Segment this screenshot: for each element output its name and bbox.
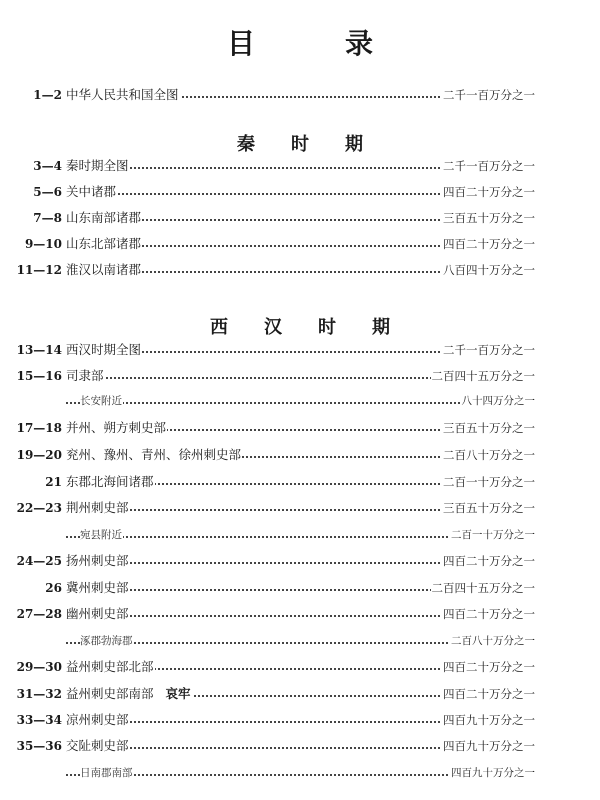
map-title: 中华人民共和国全图 <box>66 85 180 105</box>
map-title-text: 益州刺史部北部 <box>66 659 154 674</box>
map-title-text: 涿郡勃海郡 <box>80 635 133 647</box>
map-scale: 八十四万分之一 <box>461 391 536 411</box>
page-range: 19—20 <box>17 445 62 465</box>
map-scale: 四百九十万分之一 <box>442 710 535 730</box>
map-title-text: 秦时期全图 <box>66 158 129 173</box>
map-title: 淮汉以南诸郡 <box>66 260 142 280</box>
page-range: 15—16 <box>17 366 62 386</box>
map-scale: 八百四十万分之一 <box>442 260 535 280</box>
map-title: 西汉时期全图 <box>66 340 142 360</box>
page-range: 21 <box>45 472 62 492</box>
toc-entry[interactable]: 11—12淮汉以南诸郡八百四十万分之一 <box>0 260 600 280</box>
map-scale: 三百五十万分之一 <box>442 498 535 518</box>
map-scale: 二百八十万分之一 <box>442 445 535 465</box>
map-title: 司隶部 <box>66 366 105 386</box>
map-title-text: 司隶部 <box>66 368 104 383</box>
map-title-text: 东郡北海间诸郡 <box>66 474 154 489</box>
toc-subentry[interactable]: 涿郡勃海郡二百八十万分之一 <box>0 631 600 651</box>
map-title: 益州刺史部南部哀牢 <box>66 684 192 704</box>
page-range: 26 <box>45 578 62 598</box>
map-scale: 二百四十五万分之一 <box>431 366 536 386</box>
map-title-text: 益州刺史部南部 <box>66 686 154 701</box>
page-range: 5—6 <box>33 182 62 202</box>
map-scale: 四百二十万分之一 <box>442 551 535 571</box>
map-title: 交阯刺史部 <box>66 736 130 756</box>
map-title: 冀州刺史部 <box>66 578 130 598</box>
page-title-char: 目 <box>227 22 255 62</box>
map-scale: 二千一百万分之一 <box>442 85 535 105</box>
map-title: 涿郡勃海郡 <box>80 631 134 651</box>
map-scale: 四百二十万分之一 <box>442 657 535 677</box>
toc-entry[interactable]: 15—16司隶部二百四十五万分之一 <box>0 366 600 386</box>
map-title-text: 凉州刺史部 <box>66 712 129 727</box>
map-title: 日南郡南部 <box>80 763 134 783</box>
page-range: 1—2 <box>33 85 62 105</box>
toc-entry[interactable]: 22—23荆州刺史部三百五十万分之一 <box>0 498 600 518</box>
map-title-text: 荆州刺史部 <box>66 500 129 515</box>
page-range: 7—8 <box>33 208 62 228</box>
map-scale: 三百五十万分之一 <box>442 418 535 438</box>
page-range: 35—36 <box>17 736 62 756</box>
map-title: 秦时期全图 <box>66 156 130 176</box>
map-scale: 四百二十万分之一 <box>442 182 535 202</box>
toc-subentry[interactable]: 宛县附近二百一十万分之一 <box>0 525 600 545</box>
toc-entry[interactable]: 9—10山东北部诸郡四百二十万分之一 <box>0 234 600 254</box>
toc-entry[interactable]: 21东郡北海间诸郡二百一十万分之一 <box>0 472 600 492</box>
map-title-text: 关中诸郡 <box>66 184 116 199</box>
page-range: 3—4 <box>33 156 62 176</box>
map-scale: 四百二十万分之一 <box>442 234 535 254</box>
toc-entry[interactable]: 13—14西汉时期全图二千一百万分之一 <box>0 340 600 360</box>
map-title: 关中诸郡 <box>66 182 117 202</box>
page-range: 33—34 <box>17 710 62 730</box>
map-scale: 二百一十万分之一 <box>442 472 535 492</box>
toc-subentry[interactable]: 长安附近八十四万分之一 <box>0 391 600 411</box>
map-title: 荆州刺史部 <box>66 498 130 518</box>
map-title: 并州、朔方刺史部 <box>66 418 167 438</box>
section-heading-char: 汉 <box>264 313 282 339</box>
page-range: 13—14 <box>17 340 62 360</box>
map-title-text: 长安附近 <box>80 395 122 407</box>
toc-entry[interactable]: 3—4秦时期全图二千一百万分之一 <box>0 156 600 176</box>
toc-entry[interactable]: 29—30益州刺史部北部四百二十万分之一 <box>0 657 600 677</box>
toc-entry[interactable]: 7—8山东南部诸郡三百五十万分之一 <box>0 208 600 228</box>
map-scale: 二百一十万分之一 <box>450 525 535 545</box>
map-title-text: 淮汉以南诸郡 <box>66 262 141 277</box>
section-heading-char: 时 <box>291 130 309 156</box>
section-heading-char: 期 <box>345 130 363 156</box>
map-title-text: 西汉时期全图 <box>66 342 141 357</box>
map-title-text: 山东南部诸郡 <box>66 210 141 225</box>
map-scale: 三百五十万分之一 <box>442 208 535 228</box>
section-heading-char: 西 <box>210 313 228 339</box>
map-title: 山东北部诸郡 <box>66 234 142 254</box>
toc-entry[interactable]: 26冀州刺史部二百四十五万分之一 <box>0 578 600 598</box>
toc-entry[interactable]: 19—20兖州、豫州、青州、徐州刺史部二百八十万分之一 <box>0 445 600 465</box>
map-scale: 四百九十万分之一 <box>442 736 535 756</box>
map-title-text: 并州、朔方刺史部 <box>66 420 166 435</box>
page-title: 目录 <box>0 22 600 62</box>
toc-entry[interactable]: 1—2中华人民共和国全图二千一百万分之一 <box>0 85 600 105</box>
map-scale: 二百四十五万分之一 <box>431 578 536 598</box>
toc-subentry[interactable]: 日南郡南部四百九十万分之一 <box>0 763 600 783</box>
page-range: 27—28 <box>17 604 62 624</box>
page-range: 17—18 <box>17 418 62 438</box>
map-title: 东郡北海间诸郡 <box>66 472 155 492</box>
map-title: 宛县附近 <box>80 525 123 545</box>
page-range: 31—32 <box>17 684 62 704</box>
map-title: 长安附近 <box>80 391 123 411</box>
map-scale: 四百二十万分之一 <box>442 604 535 624</box>
map-title-text: 幽州刺史部 <box>66 606 129 621</box>
page-range: 11—12 <box>17 260 62 280</box>
page-range: 24—25 <box>17 551 62 571</box>
map-title: 山东南部诸郡 <box>66 208 142 228</box>
toc-entry[interactable]: 35—36交阯刺史部四百九十万分之一 <box>0 736 600 756</box>
map-title-text: 中华人民共和国全图 <box>66 87 179 102</box>
map-inset-tag: 哀牢 <box>166 686 191 701</box>
map-title: 益州刺史部北部 <box>66 657 155 677</box>
map-title: 幽州刺史部 <box>66 604 130 624</box>
section-heading-qin: 秦时期 <box>0 130 600 156</box>
map-scale: 四百九十万分之一 <box>450 763 535 783</box>
map-title-text: 扬州刺史部 <box>66 553 129 568</box>
toc-entry[interactable]: 27—28幽州刺史部四百二十万分之一 <box>0 604 600 624</box>
map-title-text: 交阯刺史部 <box>66 738 129 753</box>
map-title: 扬州刺史部 <box>66 551 130 571</box>
toc-entry[interactable]: 17—18并州、朔方刺史部三百五十万分之一 <box>0 418 600 438</box>
section-heading-western-han: 西汉时期 <box>0 313 600 339</box>
page-range: 22—23 <box>17 498 62 518</box>
map-scale: 二千一百万分之一 <box>442 156 535 176</box>
map-scale: 四百二十万分之一 <box>442 684 535 704</box>
map-scale: 二千一百万分之一 <box>442 340 535 360</box>
toc-entry[interactable]: 33—34凉州刺史部四百九十万分之一 <box>0 710 600 730</box>
map-scale: 二百八十万分之一 <box>450 631 535 651</box>
toc-entry[interactable]: 31—32益州刺史部南部哀牢四百二十万分之一 <box>0 684 600 704</box>
map-title-text: 日南郡南部 <box>80 767 133 779</box>
dot-leader <box>66 402 520 404</box>
section-heading-char: 时 <box>318 313 336 339</box>
toc-entry[interactable]: 5—6关中诸郡四百二十万分之一 <box>0 182 600 202</box>
map-title: 凉州刺史部 <box>66 710 130 730</box>
section-heading-char: 秦 <box>237 130 255 156</box>
map-title-text: 山东北部诸郡 <box>66 236 141 251</box>
map-title: 兖州、豫州、青州、徐州刺史部 <box>66 445 242 465</box>
map-title-text: 冀州刺史部 <box>66 580 129 595</box>
map-title-text: 兖州、豫州、青州、徐州刺史部 <box>66 447 241 462</box>
page-range: 29—30 <box>17 657 62 677</box>
page-range: 9—10 <box>25 234 62 254</box>
map-title-text: 宛县附近 <box>80 529 122 541</box>
section-heading-char: 期 <box>372 313 390 339</box>
toc-entry[interactable]: 24—25扬州刺史部四百二十万分之一 <box>0 551 600 571</box>
page-title-char: 录 <box>345 22 373 62</box>
